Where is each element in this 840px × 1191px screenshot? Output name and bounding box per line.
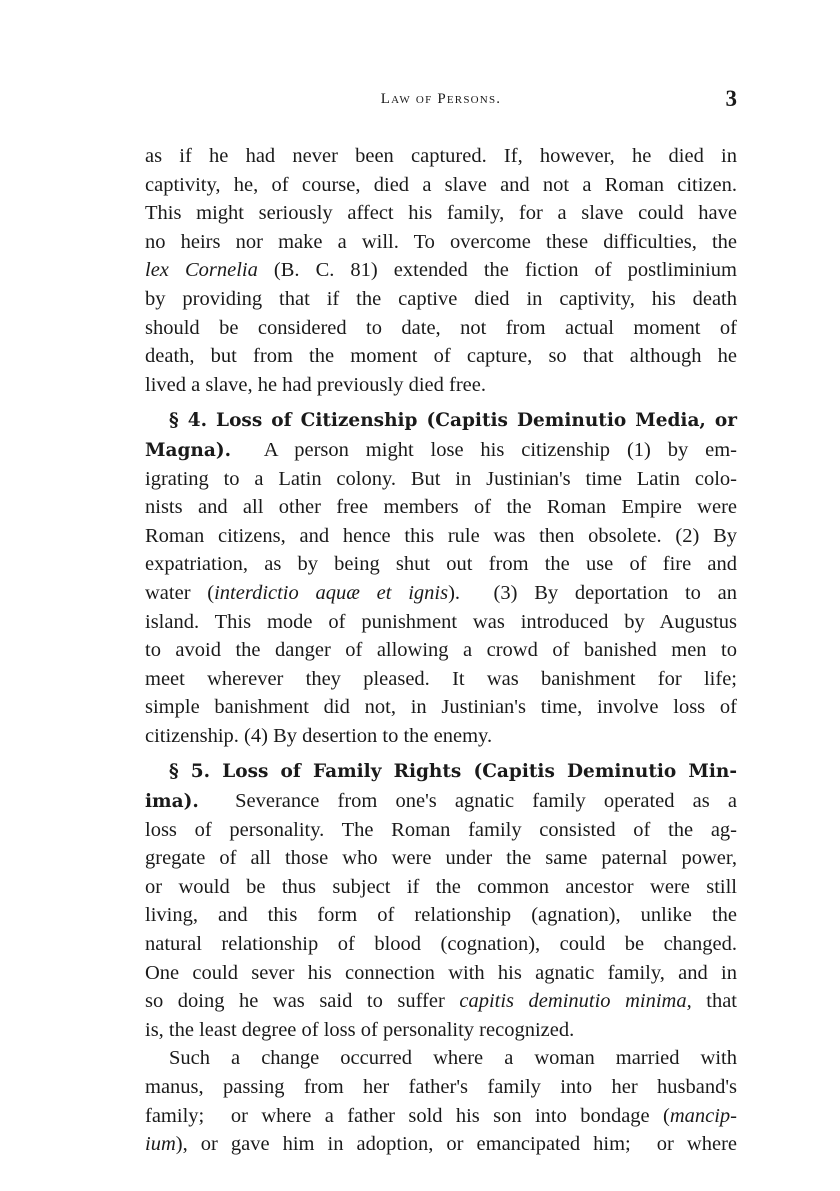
text-line: death, but from the moment of capture, s… (145, 342, 737, 371)
text-line: is, the least degree of loss of personal… (145, 1016, 737, 1045)
section-heading-continued: Magna). (145, 440, 231, 461)
section-heading: § 4. Loss of Citizenship (Capitis Deminu… (145, 407, 737, 436)
text-segment: ). (3) By deportation to an (448, 582, 737, 604)
text-line: citizenship. (4) By desertion to the ene… (145, 722, 737, 751)
text-line: nists and all other free members of the … (145, 493, 737, 522)
text-line: so doing he was said to suffer capitis d… (145, 987, 737, 1016)
text-line: One could sever his connection with his … (145, 959, 737, 988)
text-line: lex Cornelia (B. C. 81) extended the fic… (145, 256, 737, 285)
page-number: 3 (726, 86, 738, 112)
text-line: to avoid the danger of allowing a crowd … (145, 636, 737, 665)
text-line: igrating to a Latin colony. But in Justi… (145, 465, 737, 494)
section-heading-continued: ima). (145, 791, 199, 812)
text-segment: water ( (145, 582, 214, 604)
text-line: ium), or gave him in adoption, or emanci… (145, 1130, 737, 1159)
text-line: manus, passing from her father's family … (145, 1073, 737, 1102)
text-line: family; or where a father sold his son i… (145, 1102, 737, 1131)
text-line: island. This mode of punishment was intr… (145, 608, 737, 637)
section-5-loss-of-family-rights: § 5. Loss of Family Rights (Capitis Demi… (145, 758, 737, 1044)
text-line: expatriation, as by being shut out from … (145, 550, 737, 579)
text-line: simple banishment did not, in Justinian'… (145, 693, 737, 722)
section-4-loss-of-citizenship: § 4. Loss of Citizenship (Capitis Deminu… (145, 407, 737, 750)
italic-term: lex Cornelia (145, 259, 258, 281)
text-line: loss of personality. The Roman family co… (145, 816, 737, 845)
paragraph-such-a-change: Such a change occurred where a woman mar… (145, 1044, 737, 1158)
text-segment: Severance from one's agnatic family oper… (199, 790, 737, 812)
running-head: Law of Persons. 3 (145, 88, 737, 112)
italic-term: capitis deminutio minima, (459, 990, 691, 1012)
text-line: captivity, he, of course, died a slave a… (145, 171, 737, 200)
text-line: natural relationship of blood (cognation… (145, 930, 737, 959)
section-heading: § 5. Loss of Family Rights (Capitis Demi… (145, 758, 737, 787)
text-line: Such a change occurred where a woman mar… (145, 1044, 737, 1073)
text-line: This might seriously affect his family, … (145, 199, 737, 228)
text-segment: so doing he was said to suffer (145, 990, 459, 1012)
text-line: as if he had never been captured. If, ho… (145, 142, 737, 171)
text-line: no heirs nor make a will. To overcome th… (145, 228, 737, 257)
italic-term: mancip- (670, 1105, 737, 1127)
text-line: by providing that if the captive died in… (145, 285, 737, 314)
text-line: meet wherever they pleased. It was banis… (145, 665, 737, 694)
running-title: Law of Persons. (145, 91, 737, 108)
text-segment: A person might lose his citizenship (1) … (231, 439, 737, 461)
text-line: living, and this form of relationship (a… (145, 901, 737, 930)
text-line: should be considered to date, not from a… (145, 314, 737, 343)
text-line: Magna). A person might lose his citizens… (145, 436, 737, 465)
text-segment: family; or where a father sold his son i… (145, 1105, 670, 1127)
text-line: Roman citizens, and hence this rule was … (145, 522, 737, 551)
italic-term: interdictio aquæ et ignis (214, 582, 448, 604)
italic-term: ium (145, 1133, 176, 1155)
text-segment: (B. C. 81) extended the fiction of postl… (258, 259, 737, 281)
text-line: gregate of all those who were under the … (145, 844, 737, 873)
page-body: as if he had never been captured. If, ho… (145, 142, 737, 1159)
text-line: water (interdictio aquæ et ignis). (3) B… (145, 579, 737, 608)
text-line: lived a slave, he had previously died fr… (145, 371, 737, 400)
paragraph-postliminium: as if he had never been captured. If, ho… (145, 142, 737, 399)
text-segment: ), or gave him in adoption, or emancipat… (176, 1133, 737, 1155)
text-line: or would be thus subject if the common a… (145, 873, 737, 902)
text-segment: that (692, 990, 737, 1012)
text-line: ima). Severance from one's agnatic famil… (145, 787, 737, 816)
